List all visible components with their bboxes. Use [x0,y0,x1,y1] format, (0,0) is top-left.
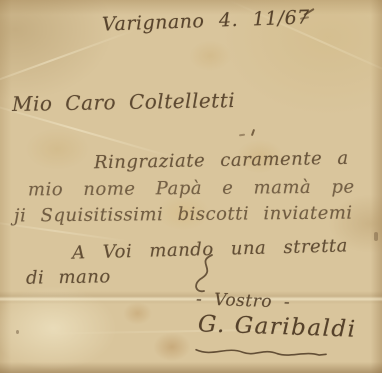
valediction: - Vostro - [196,289,291,312]
body-line-1: Ringraziate caramente a [94,148,349,173]
signature-flourish [193,342,330,367]
ink-speck [239,134,245,136]
salutation: Mio Caro Coltelletti [12,88,236,116]
ink-speck [251,129,255,136]
body-line-2: mio nome Papà e mamà pe [28,177,355,201]
ink-speck [374,232,378,241]
body-line-5: di mano [26,266,111,288]
body-line-3: ji Squisitissimi biscotti inviatemi [14,203,353,227]
signature: G. Garibaldi [198,311,357,343]
ink-speck [16,330,19,334]
dateline: Varignano 4. 11/67 [102,6,310,35]
letter-paper: Varignano 4. 11/67 Mio Caro Coltelletti … [0,0,382,373]
paper-crease [0,29,135,92]
